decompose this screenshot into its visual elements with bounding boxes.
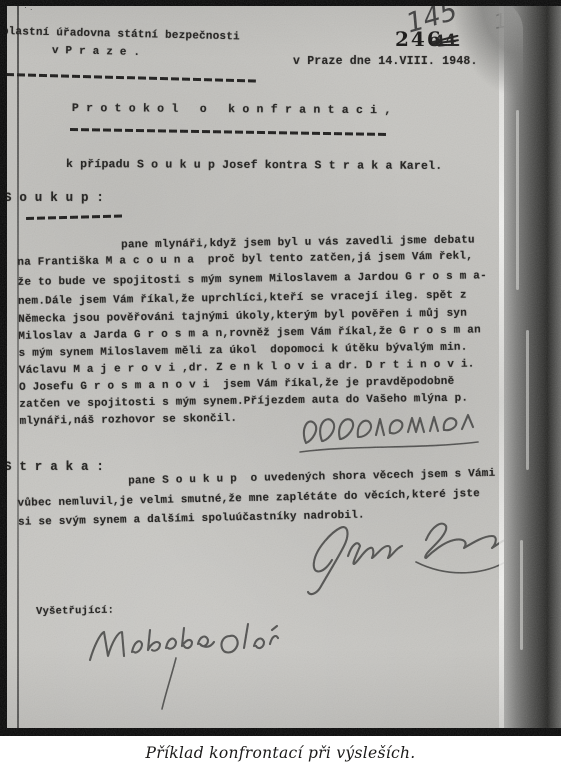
statement-line: s mým synem Miloslavem měli za úkol dopo… — [19, 342, 468, 360]
soukup-signature — [292, 405, 487, 460]
scanned-document-page: ·. blastní úřadovna státní bezpečnosti v… — [0, 0, 561, 768]
document-photo: ·. blastní úřadovna státní bezpečnosti v… — [0, 0, 561, 736]
photo-frame-bottom — [0, 728, 561, 736]
statement-line: Miloslav a Jarda G r o s m a n,rovněž js… — [18, 324, 481, 342]
spine-streak — [526, 330, 529, 470]
photo-frame-left — [0, 0, 7, 736]
statement-line: O Josefu G r o s m a n o v i jsem Vám ří… — [19, 376, 454, 394]
statement-line: nem.Dále jsem Vám říkal,že uprchlíci,kte… — [18, 290, 467, 308]
soukup-statement: pane mlynáři,když jsem byl u vás zavedli… — [8, 229, 487, 426]
spine-streak — [516, 110, 519, 290]
case-line: k případu S o u k u p Josef kontra S t r… — [66, 158, 442, 173]
statement-line: Václavu M a j e r o v i ,dr. Z e n k l o… — [19, 358, 475, 376]
statement-line: pane mlynáři,když jsem byl u vás zavedli… — [121, 234, 475, 251]
spine-streak — [520, 540, 523, 650]
statement-line: pane S o u k u p o uvedených shora věcec… — [128, 468, 495, 488]
soukup-label: S o u k u p : — [4, 191, 104, 205]
protocol-title: P r o t o k o l o k o n f r a n t a c i … — [72, 102, 392, 117]
office-name-line2: v P r a z e . — [52, 45, 141, 59]
photo-frame-top — [0, 0, 561, 6]
dateline: v Praze dne 14.VIII. 1948. — [293, 55, 478, 68]
investigator-signature — [80, 612, 280, 712]
page-curl-corner — [453, 0, 523, 95]
statement-line: vůbec nemluvil,je velmi smutné,že mne za… — [18, 488, 481, 510]
statement-line: na Františka M a c o u n a proč byl tent… — [17, 251, 473, 269]
statement-line: Německa jsou pověřováni tajnými úkoly,kt… — [18, 308, 467, 326]
figure-caption: Příklad konfrontací při výsleších. — [0, 738, 561, 768]
statement-line: že to bude ve spojitosti s mým synem Mil… — [18, 270, 487, 289]
book-spine-band — [504, 0, 561, 728]
